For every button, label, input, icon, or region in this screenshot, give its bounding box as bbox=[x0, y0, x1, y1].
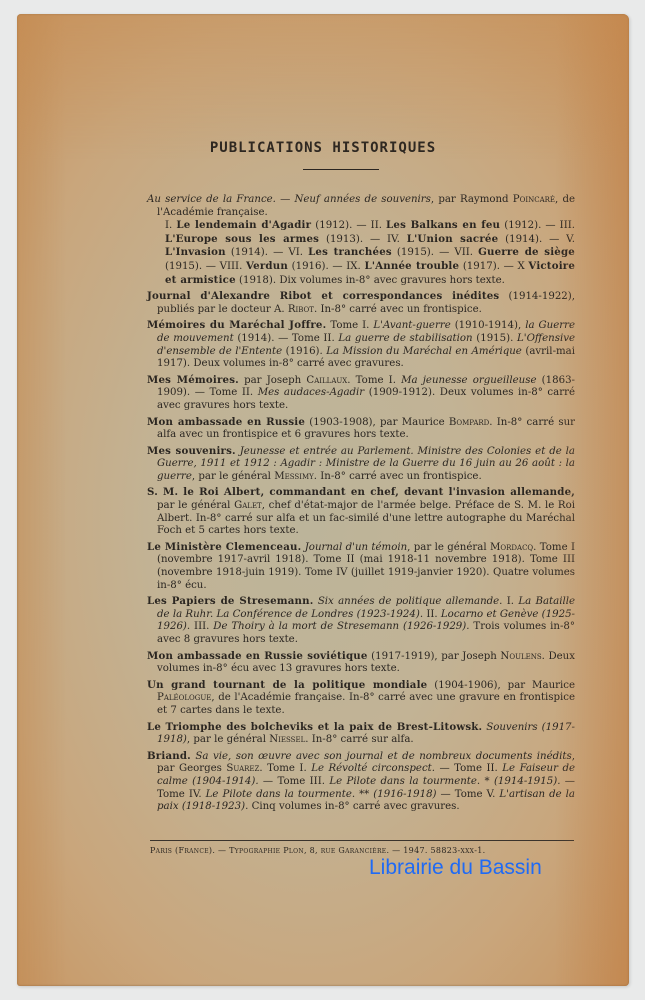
entry-text: III. bbox=[190, 621, 213, 632]
volume-number: — II. bbox=[356, 220, 386, 231]
entry-text: . In-8° carré avec un frontispice. bbox=[314, 471, 482, 482]
entry-text: (1917-1919), par Joseph bbox=[368, 651, 501, 662]
entry-text: Au service de la France. — Neuf années d… bbox=[147, 194, 431, 205]
entry-text: , de l'Académie française. In-8° carré a… bbox=[157, 692, 575, 716]
volume-title: Verdun bbox=[246, 260, 288, 272]
volume-number: — III. bbox=[545, 220, 575, 231]
volume-number: — V. bbox=[549, 234, 575, 245]
seller-watermark: Librairie du Bassin bbox=[369, 856, 542, 880]
entry-text: . In-8° carré avec un frontispice. bbox=[314, 304, 482, 315]
publication-entry: Briand. Sa vie, son œuvre avec son journ… bbox=[147, 750, 575, 814]
volume-number: — VII. bbox=[439, 247, 478, 258]
volume-year: (1913). bbox=[319, 234, 370, 245]
entry-text: Dix volumes in-8° avec gravures hors tex… bbox=[279, 275, 505, 286]
entry-text: Six années de politique allemande. bbox=[314, 596, 503, 607]
volume-title: Les tranchées bbox=[308, 246, 392, 258]
volume-year: (1914). bbox=[498, 234, 549, 245]
author-name: Poincaré bbox=[513, 194, 555, 205]
book-back-cover: PUBLICATIONS HISTORIQUES Au service de l… bbox=[17, 14, 629, 986]
entry-text: Le Pilote dans la tourmente. ** (1916-19… bbox=[206, 789, 437, 800]
volume-year: (1917). bbox=[459, 261, 503, 272]
author-name: Ribot bbox=[288, 304, 314, 315]
entry-text: Sa vie, son œuvre avec son journal et de… bbox=[191, 751, 572, 762]
volume-number: — IV. bbox=[370, 234, 407, 245]
entry-text: (1916). bbox=[282, 346, 326, 357]
author-name: Galet bbox=[234, 500, 262, 511]
entry-title: Le Ministère Clemenceau. bbox=[147, 541, 301, 553]
author-name: Messimy bbox=[274, 471, 314, 482]
entry-text: Cinq volumes in-8° carré avec gravures. bbox=[248, 801, 459, 812]
entry-text: Le Révolté circonspect. bbox=[311, 763, 435, 774]
entry-text: I. bbox=[502, 596, 518, 607]
entry-text: Ma jeunesse orgueilleuse bbox=[401, 375, 536, 386]
volume-number: — X bbox=[504, 261, 529, 272]
author-name: Noulens bbox=[500, 651, 541, 662]
entry-text: , par Raymond bbox=[431, 194, 513, 205]
author-name: Paléologue bbox=[157, 692, 211, 703]
entry-text: L'Avant-guerre bbox=[373, 320, 450, 331]
volume-number: I. bbox=[165, 220, 176, 231]
entry-text: Journal d'un témoin bbox=[301, 542, 407, 553]
entry-text: — Tome II. bbox=[435, 763, 502, 774]
entry-text: par Joseph bbox=[239, 375, 307, 386]
entry-title: Mes Mémoires. bbox=[147, 374, 239, 386]
publication-entry: Le Ministère Clemenceau. Journal d'un té… bbox=[147, 541, 575, 592]
volume-year: (1915). bbox=[392, 247, 439, 258]
author-name: Caillaux bbox=[306, 375, 347, 386]
volume-title: L'Invasion bbox=[165, 246, 226, 258]
entry-title: Mon ambassade en Russie soviétique bbox=[147, 650, 368, 662]
volume-number: — VIII. bbox=[206, 261, 246, 272]
author-name: Suarez bbox=[226, 763, 259, 774]
volume-title: L'Année trouble bbox=[364, 260, 459, 272]
entry-title: Mémoires du Maréchal Joffre. bbox=[147, 319, 326, 331]
volume-year: (1918). bbox=[236, 275, 280, 286]
entry-text: Mes audaces-Agadir bbox=[258, 387, 365, 398]
entry-text: . Tome I. bbox=[347, 375, 401, 386]
entry-title: Mes souvenirs. bbox=[147, 445, 236, 457]
publication-entry: Un grand tournant de la politique mondia… bbox=[147, 679, 575, 718]
entry-text: , par le général bbox=[187, 734, 269, 745]
volume-year: (1916). bbox=[288, 261, 332, 272]
publication-entry: Le Triomphe des bolcheviks et la paix de… bbox=[147, 721, 575, 747]
author-name: Bompard bbox=[449, 417, 489, 428]
entry-text: par le général bbox=[157, 500, 234, 511]
volume-year: (1915). bbox=[165, 261, 206, 272]
volume-title: Guerre de siège bbox=[478, 246, 575, 258]
entry-title: Briand. bbox=[147, 750, 191, 762]
publication-entry: S. M. le Roi Albert, commandant en chef,… bbox=[147, 486, 575, 537]
volume-title: L'Europe sous les armes bbox=[165, 233, 319, 245]
publication-entry: Mes Mémoires. par Joseph Caillaux. Tome … bbox=[147, 374, 575, 413]
entry-text: Le Pilote dans la tourmente. * (1914-191… bbox=[329, 776, 560, 787]
entry-text: (1904-1906), par Maurice bbox=[427, 680, 575, 691]
entry-text: La Mission du Maréchal en Amérique bbox=[326, 346, 522, 357]
publication-entry: Mon ambassade en Russie (1903-1908), par… bbox=[147, 416, 575, 442]
entry-text: — Tome III. bbox=[259, 776, 330, 787]
volume-list: I. Le lendemain d'Agadir (1912). — II. L… bbox=[157, 219, 575, 287]
entry-text: II. bbox=[423, 609, 441, 620]
volume-title: Le lendemain d'Agadir bbox=[176, 219, 311, 231]
entry-text: La guerre de stabilisation bbox=[338, 333, 472, 344]
page-title: PUBLICATIONS HISTORIQUES bbox=[17, 140, 629, 156]
entry-text: De Thoiry à la mort de Stresemann (1926-… bbox=[213, 621, 469, 632]
volume-year: (1912). bbox=[311, 220, 356, 231]
entry-text: , par le général bbox=[407, 542, 490, 553]
volume-title: L'Union sacrée bbox=[407, 233, 499, 245]
entry-text: (1915). bbox=[473, 333, 517, 344]
entry-text: — Tome V. bbox=[437, 789, 500, 800]
entry-text: (1914). — Tome II. bbox=[234, 333, 339, 344]
entry-text: . In-8° carré sur alfa. bbox=[305, 734, 413, 745]
author-name: Mordacq bbox=[490, 542, 533, 553]
volume-title: Les Balkans en feu bbox=[386, 219, 500, 231]
publication-list: Au service de la France. — Neuf années d… bbox=[147, 194, 575, 817]
author-name: Niessel bbox=[269, 734, 305, 745]
publication-entry: Mon ambassade en Russie soviétique (1917… bbox=[147, 650, 575, 676]
entry-title: S. M. le Roi Albert, commandant en chef,… bbox=[147, 486, 575, 498]
entry-title: Les Papiers de Stresemann. bbox=[147, 595, 314, 607]
publication-entry: Les Papiers de Stresemann. Six années de… bbox=[147, 595, 575, 646]
entry-title: Journal d'Alexandre Ribot et corresponda… bbox=[147, 290, 499, 302]
entry-text: , par le général bbox=[192, 471, 274, 482]
volume-year: (1912). bbox=[500, 220, 545, 231]
entry-text: . Tome I. bbox=[259, 763, 311, 774]
entry-title: Un grand tournant de la politique mondia… bbox=[147, 679, 427, 691]
footer-divider bbox=[150, 840, 574, 841]
entry-text: Tome I. bbox=[326, 320, 373, 331]
volume-number: — IX. bbox=[332, 261, 364, 272]
entry-title: Le Triomphe des bolcheviks et la paix de… bbox=[147, 721, 482, 733]
publication-entry: Journal d'Alexandre Ribot et corresponda… bbox=[147, 290, 575, 316]
volume-number: — VI. bbox=[273, 247, 308, 258]
volume-year: (1914). bbox=[226, 247, 273, 258]
publication-entry: Mémoires du Maréchal Joffre. Tome I. L'A… bbox=[147, 319, 575, 370]
publication-entry: Mes souvenirs. Jeunesse et entrée au Par… bbox=[147, 445, 575, 484]
entry-text: (1910-1914), bbox=[451, 320, 525, 331]
publication-entry: Au service de la France. — Neuf années d… bbox=[147, 194, 575, 287]
printer-imprint: Paris (France). — Typographie Plon, 8, r… bbox=[150, 846, 580, 855]
entry-title: Mon ambassade en Russie bbox=[147, 416, 305, 428]
entry-text: (1903-1908), par Maurice bbox=[305, 417, 449, 428]
title-divider bbox=[303, 169, 379, 170]
